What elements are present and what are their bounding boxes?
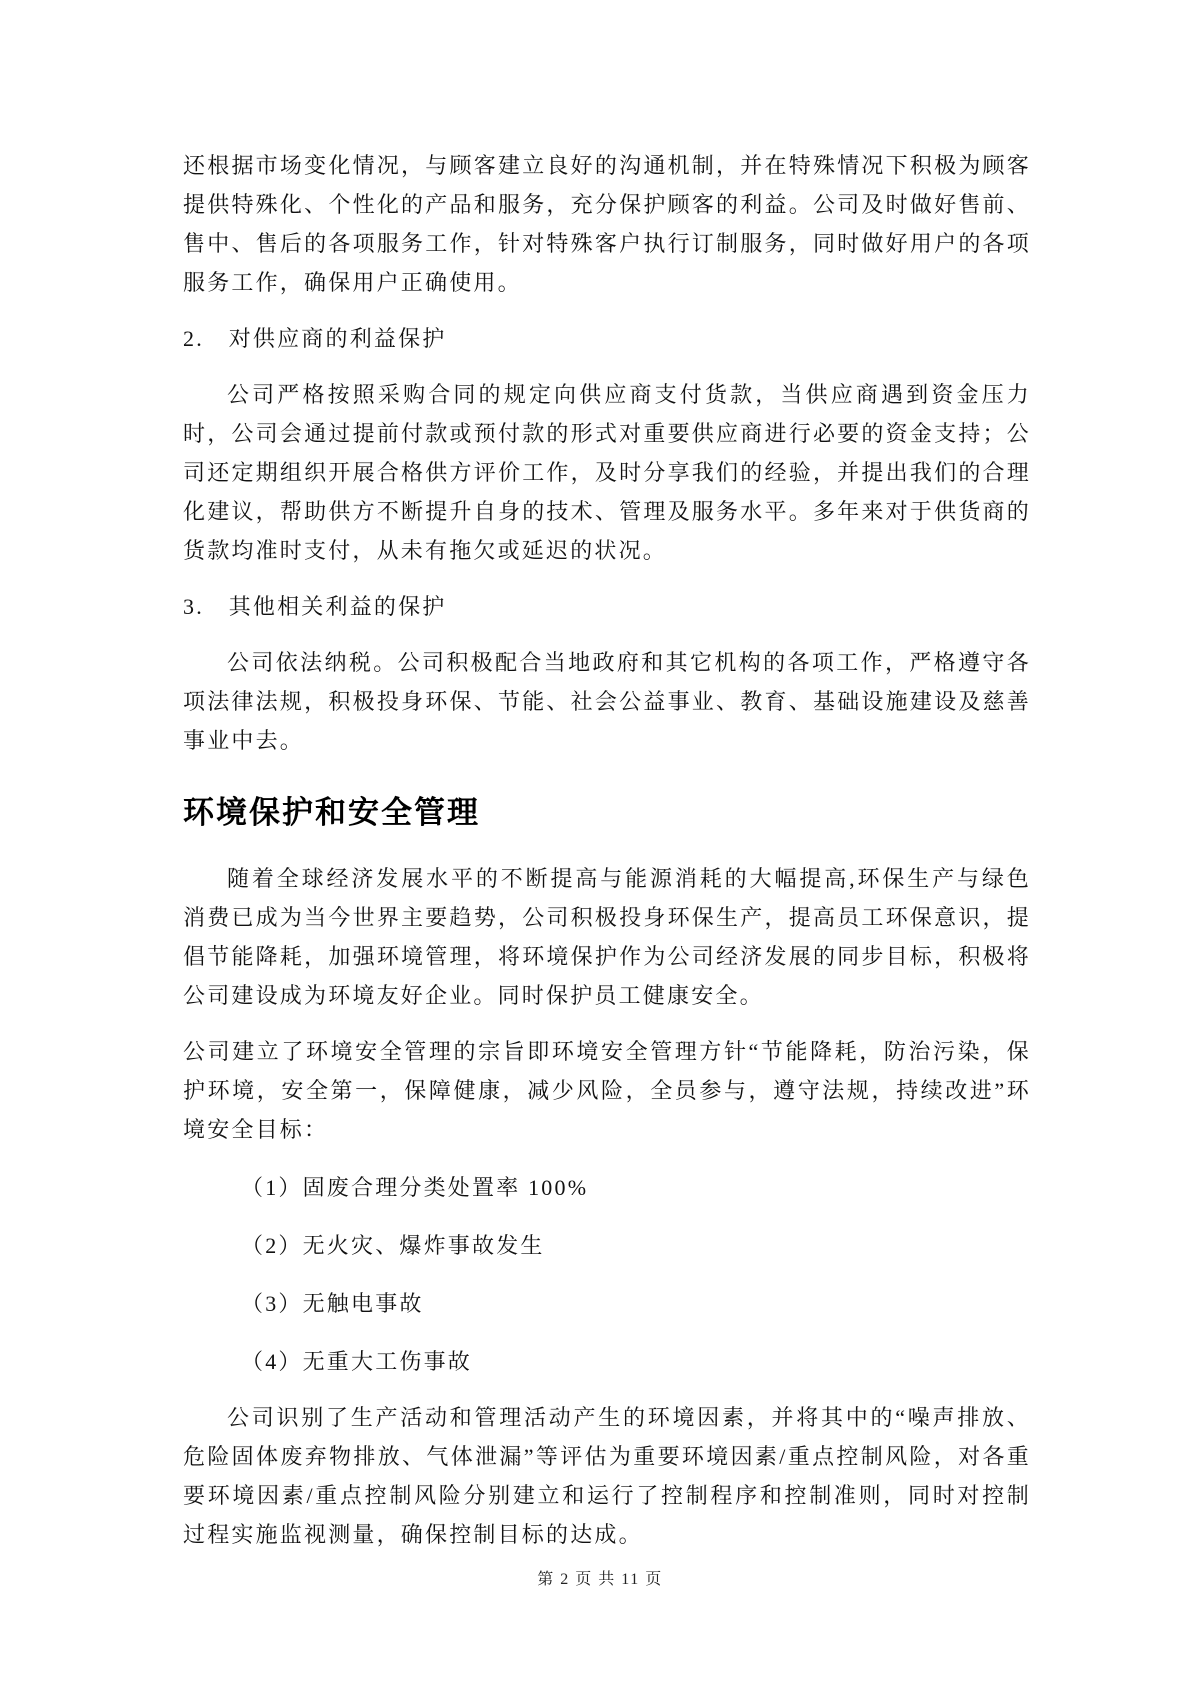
goal-item-waste-disposal: （1）固废合理分类处置率 100%: [183, 1168, 1031, 1207]
list-label: 对供应商的利益保护: [229, 326, 447, 351]
document-page: 还根据市场变化情况，与顾客建立良好的沟通机制，并在特殊情况下积极为顾客提供特殊化…: [0, 0, 1200, 1697]
paragraph-customer-service: 还根据市场变化情况，与顾客建立良好的沟通机制，并在特殊情况下积极为顾客提供特殊化…: [183, 146, 1031, 302]
paragraph-supplier-payment: 公司严格按照采购合同的规定向供应商支付货款，当供应商遇到资金压力时，公司会通过提…: [183, 375, 1031, 570]
list-heading-supplier-protection: 2. 对供应商的利益保护: [183, 319, 1031, 358]
goal-item-no-major-injury: （4）无重大工伤事故: [183, 1342, 1031, 1381]
goal-item-no-fire-explosion: （2）无火灾、爆炸事故发生: [183, 1226, 1031, 1265]
page-number-text: 第 2 页 共 11 页: [537, 1571, 662, 1588]
list-number: 2.: [183, 319, 207, 358]
section-heading-environment-safety: 环境保护和安全管理: [183, 790, 1031, 836]
paragraph-tax-charity: 公司依法纳税。公司积极配合当地政府和其它机构的各项工作，严格遵守各项法律法规，积…: [183, 643, 1031, 760]
paragraph-green-production: 随着全球经济发展水平的不断提高与能源消耗的大幅提高,环保生产与绿色消费已成为当今…: [183, 859, 1031, 1015]
page-body: 还根据市场变化情况，与顾客建立良好的沟通机制，并在特殊情况下积极为顾客提供特殊化…: [183, 146, 1031, 1554]
list-number: 3.: [183, 587, 207, 626]
list-label: 其他相关利益的保护: [229, 594, 447, 619]
page-footer: 第 2 页 共 11 页: [0, 1568, 1200, 1592]
paragraph-environment-factors: 公司识别了生产活动和管理活动产生的环境因素，并将其中的“噪声排放、危险固体废弃物…: [183, 1398, 1031, 1554]
list-heading-other-interests: 3. 其他相关利益的保护: [183, 587, 1031, 626]
goal-item-no-electric-shock: （3）无触电事故: [183, 1284, 1031, 1323]
paragraph-safety-policy: 公司建立了环境安全管理的宗旨即环境安全管理方针“节能降耗，防治污染，保护环境，安…: [183, 1032, 1031, 1149]
